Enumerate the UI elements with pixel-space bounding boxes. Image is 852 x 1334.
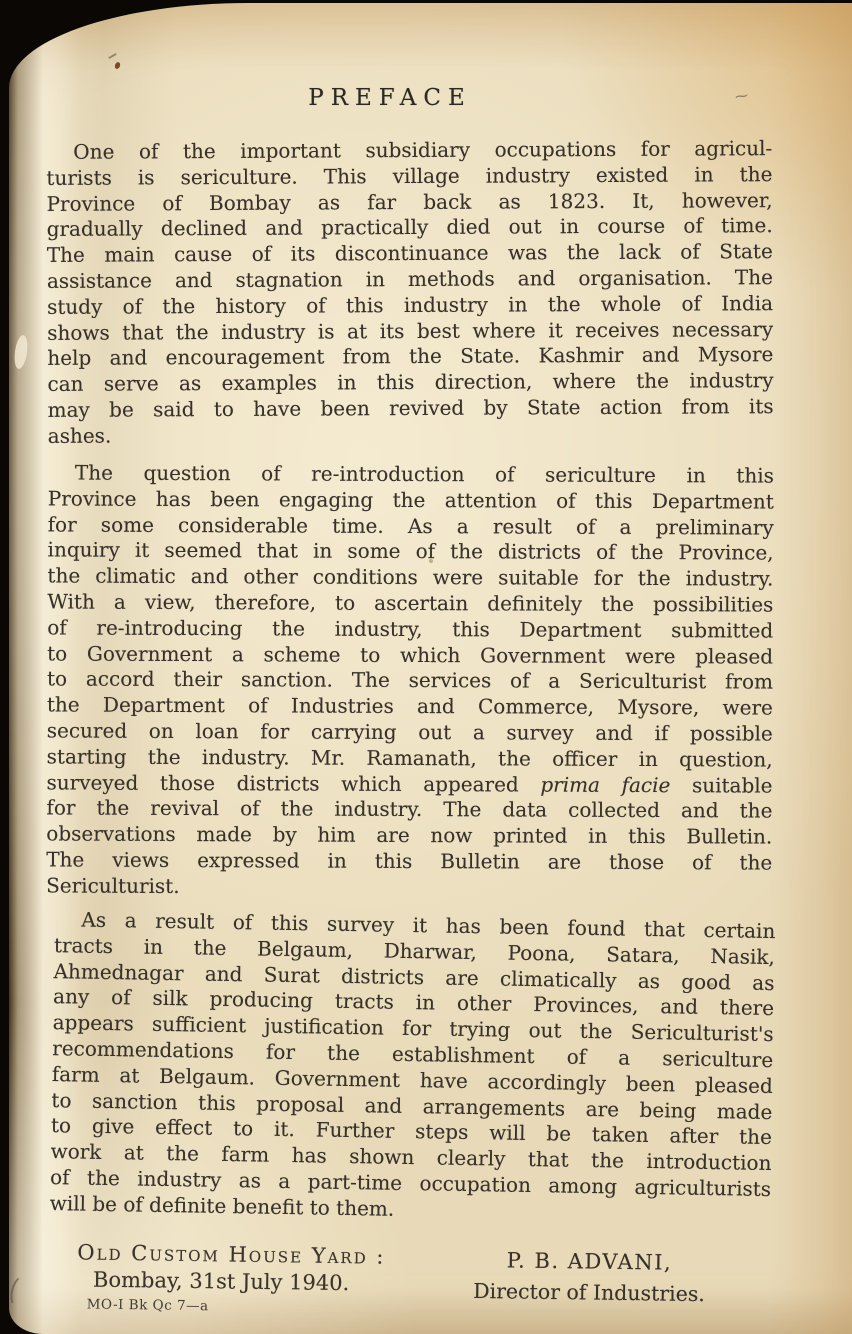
text-line: The question of re-introduction of seric…	[48, 460, 774, 489]
text-line: for the revival of the industry. The dat…	[46, 795, 772, 824]
footer: Old Custom House Yard : Bombay, 31st Jul…	[47, 1240, 774, 1322]
signatory-name: P. B. ADVANI,	[473, 1248, 705, 1275]
paragraph: As a result of this survey it has been f…	[44, 907, 775, 1229]
text-line: the climatic and other conditions were s…	[47, 563, 773, 592]
text-line: assistance and stagnation in methods and…	[47, 265, 773, 295]
text-line: study of the history of this industry in…	[47, 291, 773, 321]
paragraphs: One of the important subsidiary occupati…	[47, 138, 773, 1223]
text-line: shows that the industry is at its best w…	[47, 317, 773, 347]
paper-speck	[114, 61, 121, 69]
text-segment: surveyed those districts which appeared	[47, 770, 541, 796]
text-line: With a view, therefore, to ascertain def…	[47, 589, 773, 618]
text-line: surveyed those districts which appeared …	[46, 770, 772, 799]
paper-speck	[108, 53, 117, 59]
text-line: ashes.	[48, 420, 774, 450]
text-line: can serve as examples in this direction,…	[47, 368, 773, 398]
text-line: of re-introducing the industry, this Dep…	[47, 615, 773, 644]
paper-sheet: ⁓ PREFACE One of the important subsidiar…	[9, 3, 852, 1334]
text-line: to accord their sanction. The services o…	[47, 666, 773, 695]
page-title: PREFACE	[27, 85, 753, 111]
text-line: One of the important subsidiary occupati…	[46, 136, 772, 166]
text-segment: suitable	[670, 772, 772, 796]
signature-block: P. B. ADVANI, Director of Industries.	[473, 1248, 705, 1306]
text-line: Province has been engaging the attention…	[48, 486, 774, 515]
paragraph: One of the important subsidiary occupati…	[46, 136, 774, 449]
text-line: The views expressed in this Bulletin are…	[46, 847, 772, 876]
text-line: starting the industry. Mr. Ramanath, the…	[47, 744, 773, 773]
signatory-title: Director of Industries.	[473, 1279, 705, 1306]
pencil-mark	[7, 1273, 35, 1311]
text-line: turists is sericulture. This village ind…	[46, 162, 772, 192]
text-line: Province of Bombay as far back as 1823. …	[46, 188, 772, 218]
scanned-book-page: ⁓ PREFACE One of the important subsidiar…	[0, 0, 852, 1334]
paragraph: The question of re-introduction of seric…	[46, 460, 774, 902]
text-line: Sericulturist.	[46, 873, 772, 902]
place-line: Old Custom House Yard :	[77, 1240, 385, 1268]
footer-place-date: Old Custom House Yard : Bombay, 31st Jul…	[77, 1240, 386, 1316]
text-line: to Government a scheme to which Governme…	[47, 641, 773, 670]
text-line: the Department of Industries and Commerc…	[47, 692, 773, 721]
text-line: for some considerable time. As a result …	[48, 512, 774, 541]
print-code: MO-I Bk Qc 7—a	[87, 1296, 385, 1316]
italic-phrase: prima facie	[540, 772, 670, 797]
text-line: inquiry it seemed that in some of the di…	[48, 537, 774, 566]
text-line: secured on loan for carrying out a surve…	[47, 718, 773, 747]
text-line: gradually declined and practically died …	[47, 213, 773, 243]
text-line: may be said to have been revived by Stat…	[48, 394, 774, 424]
date-line: Bombay, 31st July 1940.	[93, 1267, 385, 1295]
paper-chip	[13, 334, 30, 369]
page-content: PREFACE One of the important subsidiary …	[47, 85, 773, 1317]
text-line: observations made by him are now printed…	[46, 821, 772, 850]
text-line: help and encouragement from the State. K…	[47, 342, 773, 372]
text-line: The main cause of its discontinuance was…	[47, 239, 773, 269]
